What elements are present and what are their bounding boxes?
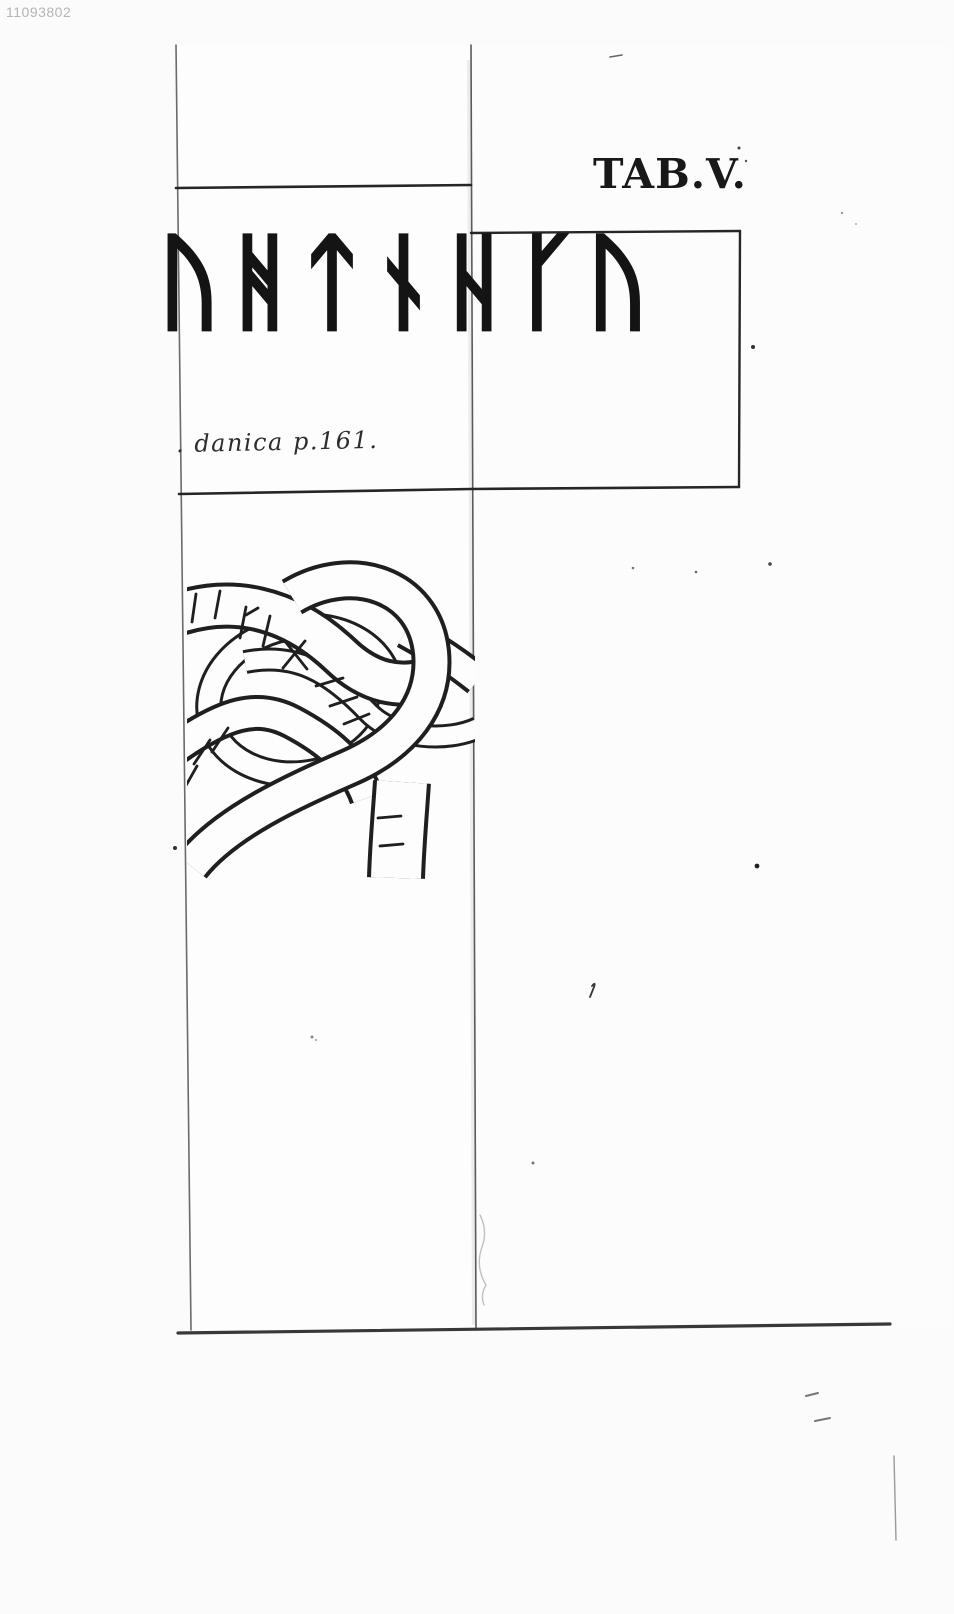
plate-label: TAB.V. xyxy=(593,150,747,198)
scanned-plate-page: 11093802 TAB.V. ᚢᚻᛏᚾᚺᚴᚢ . danica p.161. xyxy=(0,0,954,1614)
runic-inscription: ᚢᚻᛏᚾᚺᚴᚢ xyxy=(158,230,658,334)
reference-caption: . danica p.161. xyxy=(176,426,379,458)
scan-id-watermark: 11093802 xyxy=(6,4,71,20)
